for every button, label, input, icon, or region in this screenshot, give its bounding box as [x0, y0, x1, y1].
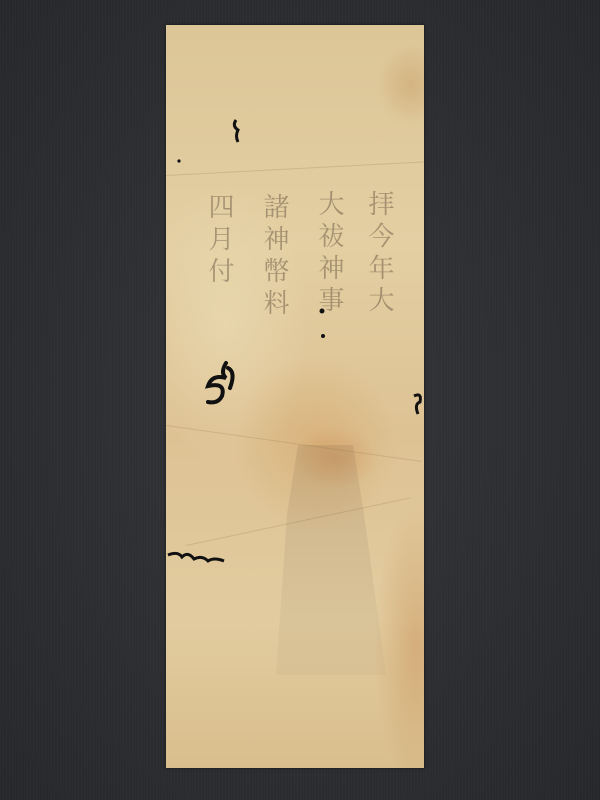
ink-marks — [166, 25, 424, 768]
aged-paper-document: 拝今年大 大祓神事 諸神幣料 四月付 — [166, 25, 424, 768]
